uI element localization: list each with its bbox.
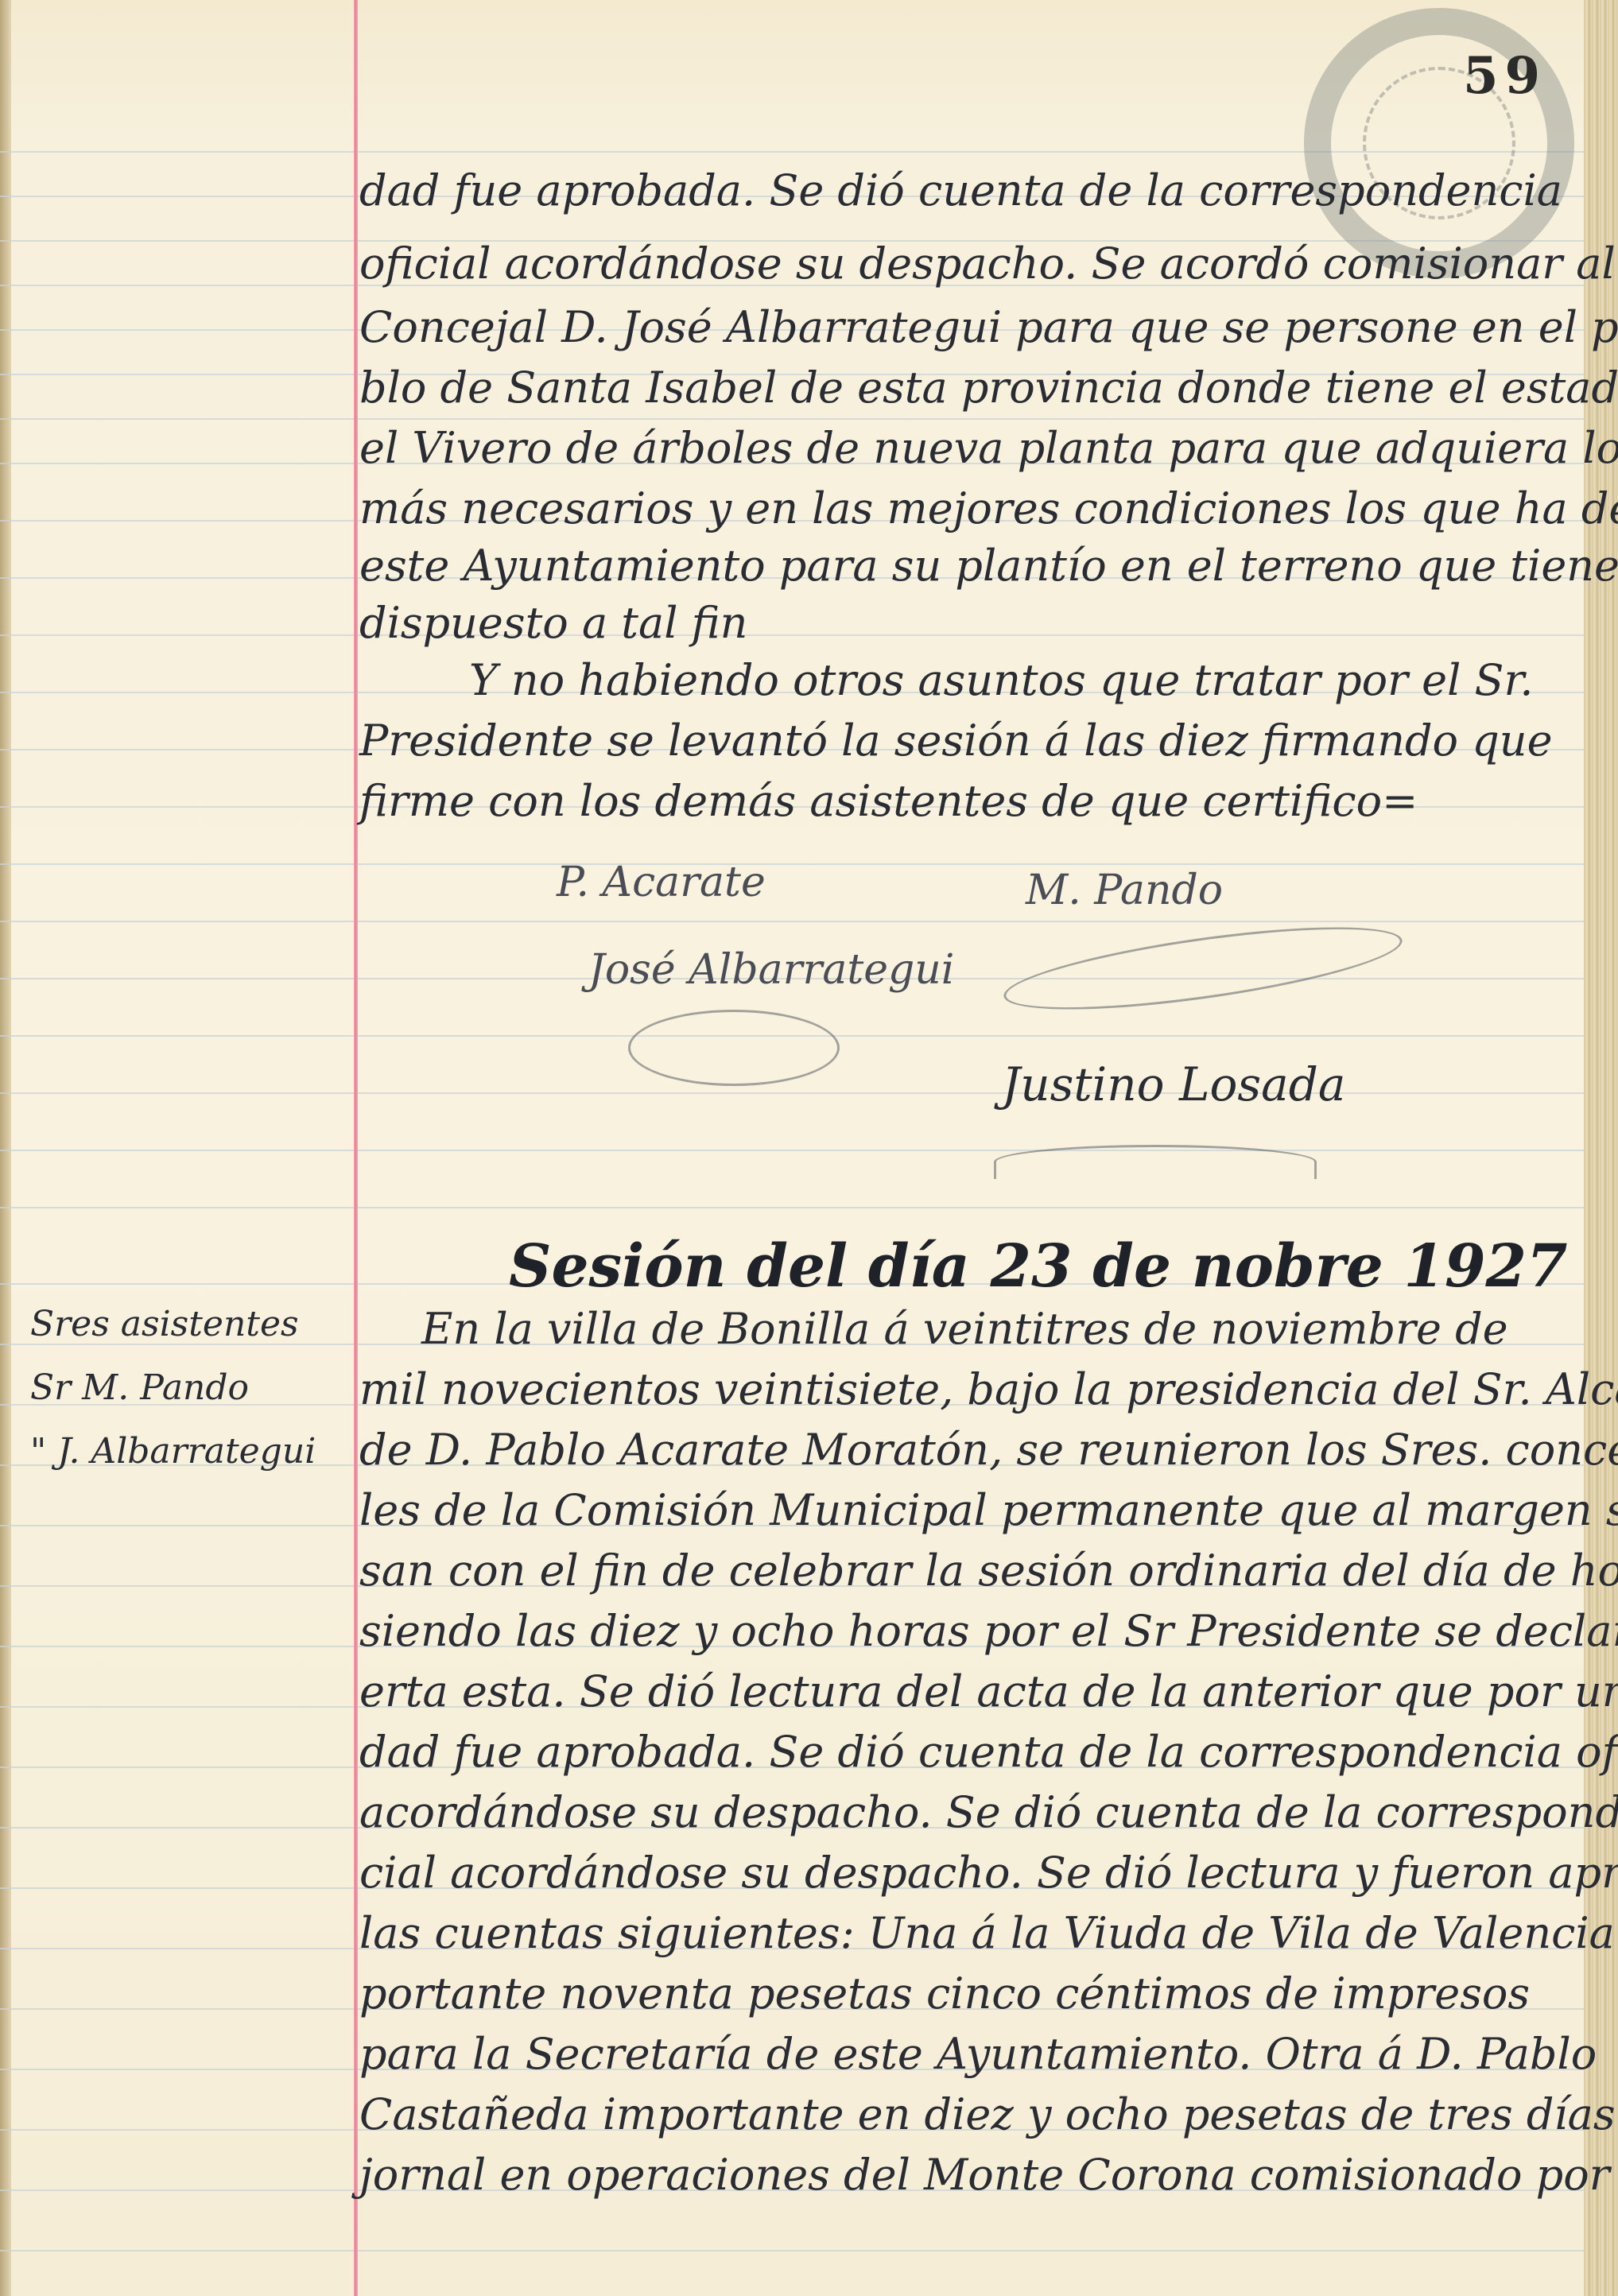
signature-flourish (628, 1010, 840, 1086)
binding-edge (0, 0, 11, 2296)
text-line: oficial acordándose su despacho. Se acor… (359, 239, 1616, 289)
text-line: las cuentas siguientes: Una á la Viuda d… (359, 1908, 1618, 1958)
folio-number: 59 (1463, 46, 1546, 106)
text-line: san con el fin de celebrar la sesión ord… (359, 1546, 1618, 1596)
ruled-line (0, 634, 1584, 636)
text-line: siendo las diez y ocho horas por el Sr P… (359, 1606, 1618, 1656)
margin-note-line: Sres asistentes (30, 1304, 299, 1344)
margin-note-line: " J. Albarrategui (30, 1431, 316, 1472)
text-line: más necesarios y en las mejores condicio… (359, 483, 1618, 533)
ruled-line (0, 1092, 1584, 1094)
text-line: el Vivero de árboles de nueva planta par… (359, 423, 1618, 473)
ruled-line (0, 2250, 1584, 2251)
signature: José Albarrategui (588, 946, 954, 994)
text-line: acordándose su despacho. Se dió cuenta d… (359, 1787, 1618, 1837)
margin-rule (354, 0, 358, 2296)
text-line: dad fue aprobada. Se dió cuenta de la co… (359, 165, 1562, 215)
text-line: Concejal D. José Albarrategui para que s… (359, 302, 1618, 352)
ruled-line (0, 418, 1584, 420)
ruled-line (0, 863, 1584, 865)
text-line: jornal en operaciones del Monte Corona c… (359, 2150, 1610, 2200)
session-title: Sesión del día 23 de nobre 1927 (509, 1232, 1568, 1301)
signature-flourish (999, 910, 1407, 1026)
ruled-line (0, 1207, 1584, 1208)
signature: Justino Losada (1002, 1057, 1345, 1111)
margin-note-line: Sr M. Pando (30, 1367, 249, 1408)
text-line: blo de Santa Isabel de esta provincia do… (359, 363, 1618, 413)
signature-flourish (994, 1145, 1317, 1179)
ledger-page: 59 dad fue aprobada. Se dió cuenta de la… (0, 0, 1618, 2296)
text-line: de D. Pablo Acarate Moratón, se reuniero… (359, 1425, 1618, 1475)
text-line: erta esta. Se dió lectura del acta de la… (359, 1666, 1618, 1716)
text-line: dad fue aprobada. Se dió cuenta de la co… (359, 1727, 1618, 1777)
text-line: para la Secretaría de este Ayuntamiento.… (359, 2029, 1597, 2079)
text-line: portante noventa pesetas cinco céntimos … (359, 1968, 1530, 2019)
text-line: cial acordándose su despacho. Se dió lec… (359, 1848, 1618, 1898)
signature: P. Acarate (557, 859, 766, 906)
text-line: dispuesto a tal fin (359, 598, 747, 648)
text-line: Y no habiendo otros asuntos que tratar p… (469, 655, 1534, 705)
text-line: En la villa de Bonilla á veintitres de n… (421, 1304, 1508, 1354)
text-line: mil novecientos veintisiete, bajo la pre… (359, 1364, 1618, 1414)
ruled-line (0, 1150, 1584, 1151)
text-line: Presidente se levantó la sesión á las di… (359, 716, 1553, 766)
text-line: Castañeda importante en diez y ocho pese… (359, 2089, 1618, 2139)
signature: M. Pando (1026, 867, 1223, 914)
text-line: este Ayuntamiento para su plantío en el … (359, 541, 1618, 591)
text-line: firme con los demás asistentes de que ce… (359, 776, 1418, 826)
ruled-line (0, 921, 1584, 922)
text-line: les de la Comisión Municipal permanente … (359, 1485, 1618, 1535)
